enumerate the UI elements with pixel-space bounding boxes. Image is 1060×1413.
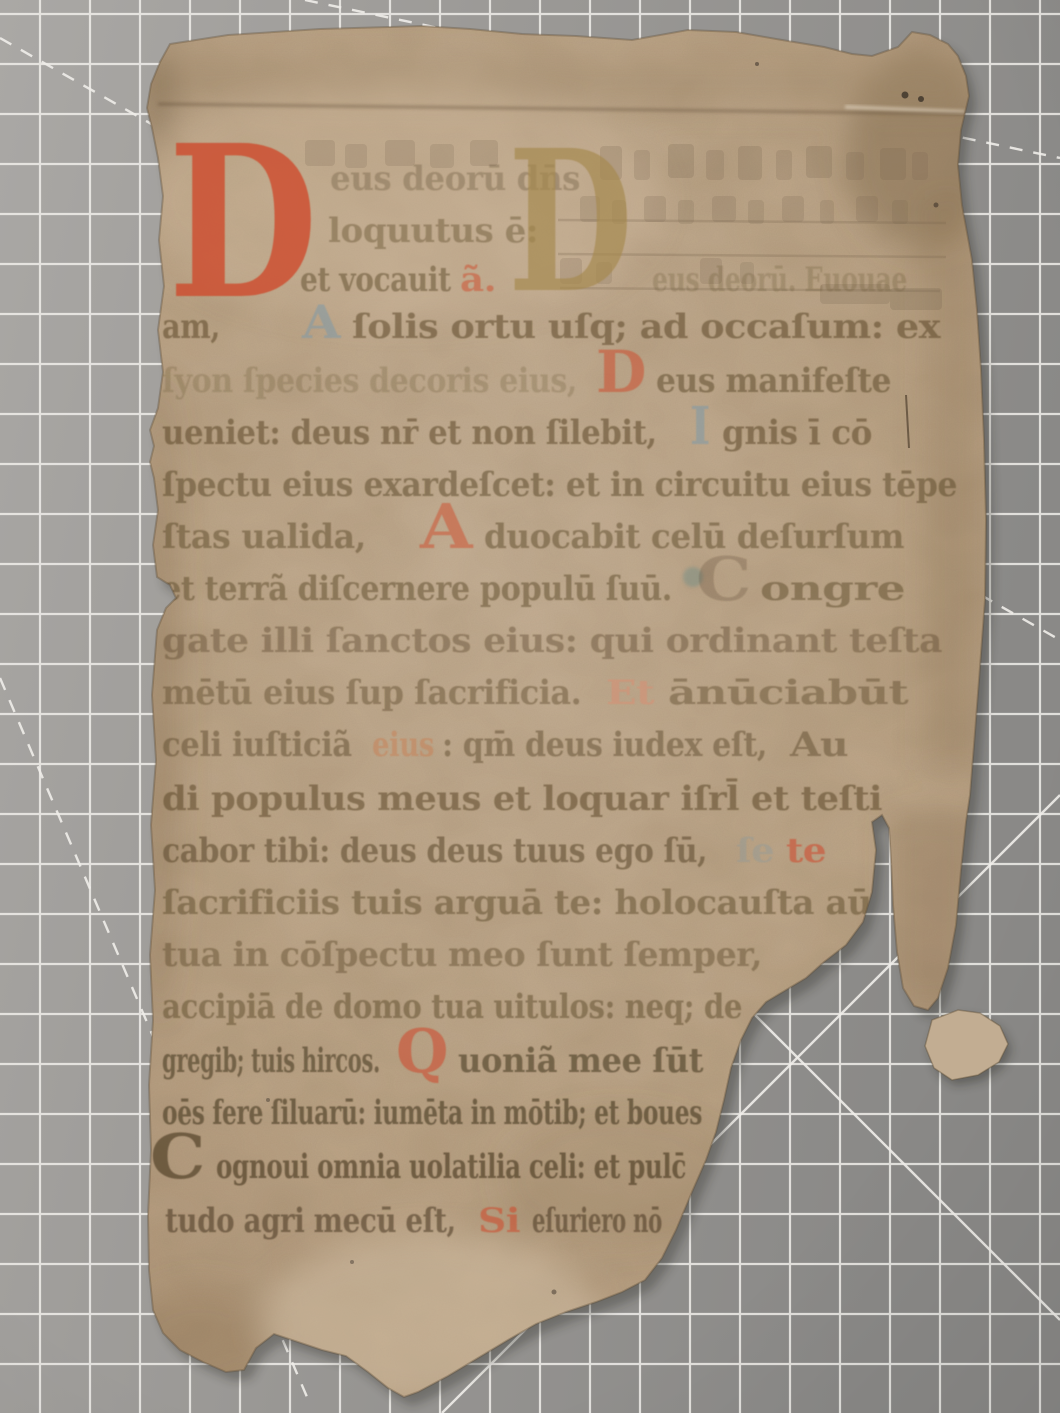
manuscript-line: celi iuſticiã eius: qm̄ deus iudex eſt, …: [162, 725, 848, 765]
ghost-glyph-smudge: [892, 200, 908, 224]
ghost-glyph-smudge: [644, 196, 666, 222]
ghost-glyph-smudge: [846, 152, 864, 180]
ghost-glyph-smudge: [678, 200, 694, 224]
ghost-glyph-smudge: [782, 196, 804, 222]
ghost-glyph-smudge: [806, 146, 832, 178]
manuscript-line: tua in cōſpectu meo ſunt ſemper,: [162, 935, 762, 975]
ghost-glyph-smudge: [880, 148, 906, 180]
ghost-glyph-smudge: [634, 150, 650, 180]
ghost-glyph-smudge: [820, 200, 834, 224]
ghost-glyph-smudge: [706, 150, 724, 180]
ghost-glyph-smudge: [776, 150, 792, 180]
manuscript-line: mētū eius ſup ſacrificia. Etānūciabūt: [162, 673, 909, 713]
ghost-glyph-smudge: [712, 196, 736, 222]
manuscript-line: accipiā de domo tua uitulos: neq; de: [162, 987, 742, 1027]
ghost-glyph-smudge: [856, 196, 878, 222]
large-gold-initial-D: D: [508, 107, 633, 336]
manuscript-line: tudo agri mecū eſt, Sieſuriero nō: [165, 1201, 662, 1241]
manuscript-line: loquutus ē:: [328, 211, 538, 251]
large-red-initial-D: D: [168, 99, 318, 346]
manuscript-line: ſpectu eius exardeſcet: et in circuitu e…: [162, 465, 957, 505]
manuscript-line: di populus meus et loquar iſrl̄ et teſti: [162, 778, 883, 819]
photograph-manuscript-on-cutting-mat: eus deorū dn̄sloquutus ē:et vocauit ã.eu…: [0, 0, 1060, 1413]
ghost-glyph-smudge: [748, 200, 764, 224]
ghost-glyph-smudge: [668, 144, 694, 178]
ghost-glyph-smudge: [738, 146, 762, 180]
manuscript-line: ſacrificiis tuis arguā te: holocauſta aū…: [162, 883, 888, 923]
manuscript-line: oēs fere ſiluarū: iumēta in mōtib; et bo…: [162, 1093, 702, 1133]
manuscript-line: gate illi ſanctos eius: qui ordinant teſ…: [162, 621, 942, 661]
ghost-glyph-smudge: [912, 152, 928, 180]
